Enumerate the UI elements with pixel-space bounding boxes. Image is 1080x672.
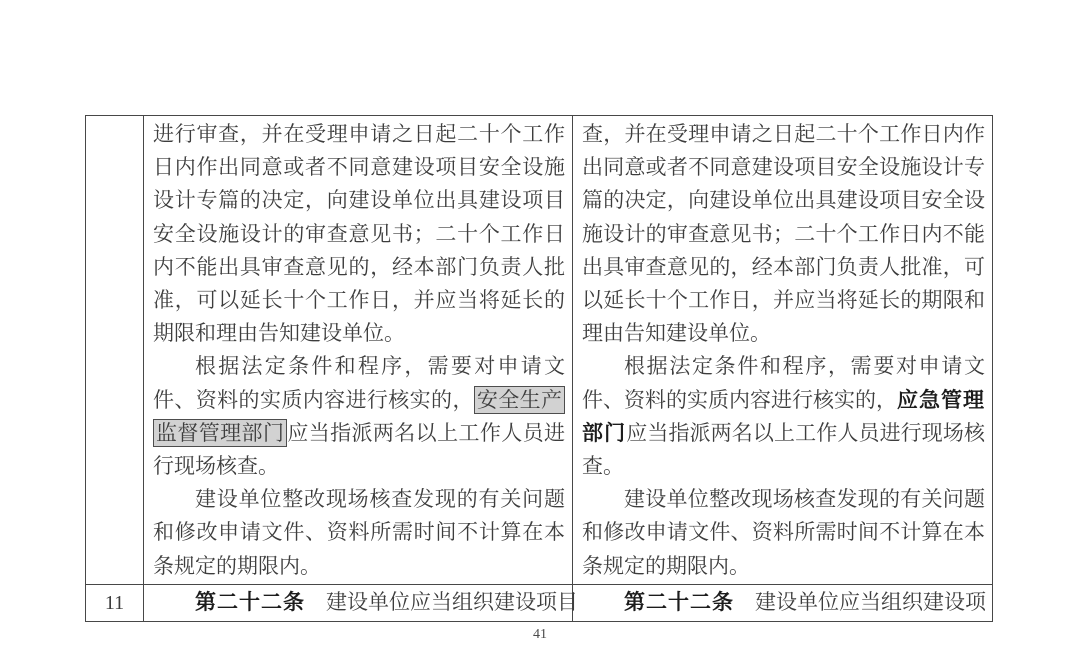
text-segment: 建设单位应当组织建设项 (734, 590, 986, 614)
text-segment: 进行审查，并在受理申请之日起二十个工作日内作出同意或者不同意建设项目安全设施设计… (153, 122, 565, 345)
paragraph: 第二十二条 建设单位应当组织建设项目 (153, 586, 565, 619)
row-number-cell (86, 116, 144, 585)
page-number: 41 (0, 627, 1080, 643)
paragraph: 根据法定条件和程序，需要对申请文件、资料的实质内容进行核实的，应急管理部门应当指… (582, 350, 985, 483)
row-number-cell: 11 (86, 585, 144, 622)
document-page: 进行审查，并在受理申请之日起二十个工作日内作出同意或者不同意建设项目安全设施设计… (0, 0, 1080, 672)
revised-text-bold: 第二十二条 (195, 591, 305, 614)
text-segment: 建设单位整改现场核查发现的有关问题和修改申请文件、资料所需时间不计算在本条规定的… (153, 487, 565, 577)
paragraph: 进行审查，并在受理申请之日起二十个工作日内作出同意或者不同意建设项目安全设施设计… (153, 118, 565, 350)
text-segment: 应当指派两名以上工作人员进行现场核查。 (582, 421, 985, 478)
comparison-table-body: 进行审查，并在受理申请之日起二十个工作日内作出同意或者不同意建设项目安全设施设计… (86, 116, 993, 622)
new-version-cell: 第二十二条 建设单位应当组织建设项 (573, 585, 993, 622)
text-segment: 建设单位整改现场核查发现的有关问题和修改申请文件、资料所需时间不计算在本条规定的… (582, 487, 985, 577)
old-version-cell: 进行审查，并在受理申请之日起二十个工作日内作出同意或者不同意建设项目安全设施设计… (144, 116, 573, 585)
new-version-cell: 查，并在受理申请之日起二十个工作日内作出同意或者不同意建设项目安全设施设计专篇的… (573, 116, 993, 585)
text-segment: 建设单位应当组织建设项目 (305, 590, 578, 614)
revised-text-bold: 第二十二条 (624, 591, 734, 614)
table-row: 11第二十二条 建设单位应当组织建设项目第二十二条 建设单位应当组织建设项 (86, 585, 993, 622)
table-row: 进行审查，并在受理申请之日起二十个工作日内作出同意或者不同意建设项目安全设施设计… (86, 116, 993, 585)
text-segment: 查，并在受理申请之日起二十个工作日内作出同意或者不同意建设项目安全设施设计专篇的… (582, 122, 985, 345)
paragraph: 建设单位整改现场核查发现的有关问题和修改申请文件、资料所需时间不计算在本条规定的… (153, 483, 565, 583)
comparison-table: 进行审查，并在受理申请之日起二十个工作日内作出同意或者不同意建设项目安全设施设计… (85, 115, 993, 622)
old-version-cell: 第二十二条 建设单位应当组织建设项目 (144, 585, 573, 622)
paragraph: 第二十二条 建设单位应当组织建设项 (582, 586, 985, 619)
paragraph: 查，并在受理申请之日起二十个工作日内作出同意或者不同意建设项目安全设施设计专篇的… (582, 118, 985, 350)
paragraph: 建设单位整改现场核查发现的有关问题和修改申请文件、资料所需时间不计算在本条规定的… (582, 483, 985, 583)
paragraph: 根据法定条件和程序，需要对申请文件、资料的实质内容进行核实的，安全生产监督管理部… (153, 350, 565, 483)
